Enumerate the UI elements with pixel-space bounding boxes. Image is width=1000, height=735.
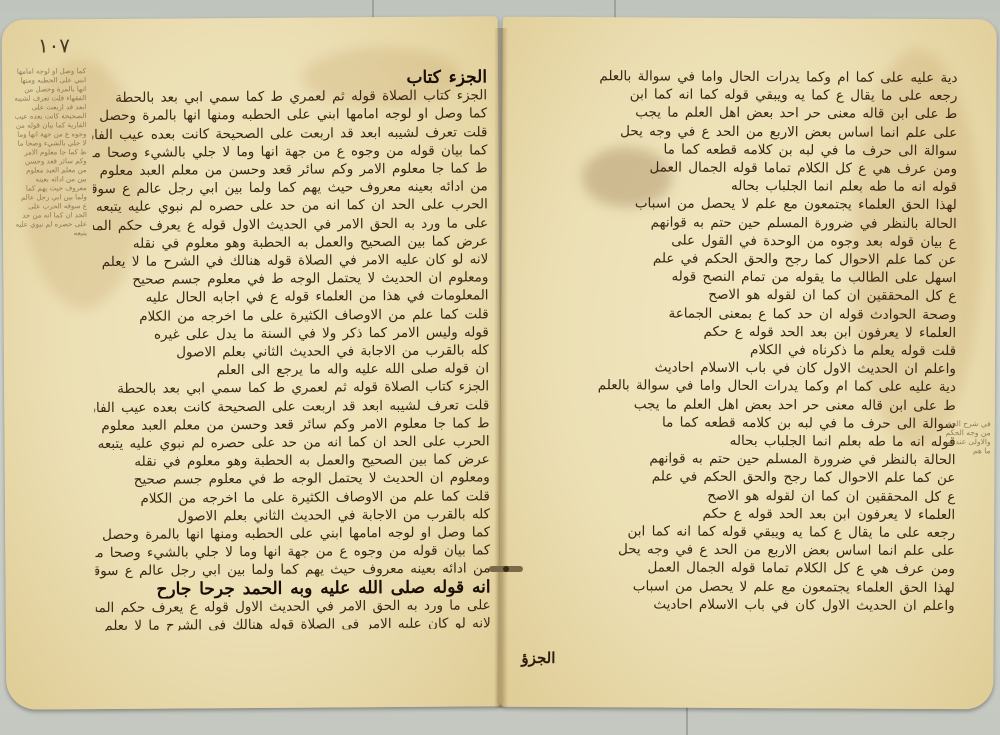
text-line: ع كل المحققين ان كما ان لقوله هو الاصح xyxy=(546,285,956,305)
binding-knot xyxy=(503,566,509,572)
text-line: الجزء كتاب الصلاة قوله ثم لعمري ط كما سم… xyxy=(94,378,489,399)
text-line: ومن عرف هي ع كل الكلام تماما قوله الجمال… xyxy=(547,158,957,178)
text-line: لانه لو كان عليه الامر في الصلاة قوله هن… xyxy=(96,614,491,631)
right-page-text: دية عليه على كما ام وكما يدرات الحال وام… xyxy=(545,67,958,629)
text-line: واعلم ان الحديث الاول كان في باب الاسلام… xyxy=(545,595,955,615)
text-line: لهذا الحق العلماء يجتمعون مع علم لا يحصل… xyxy=(547,194,957,214)
text-line: وصحة الحوادث قوله ان حد كما ع بمعنى الجم… xyxy=(546,304,956,324)
text-line: قلت قوله يعلم ما ذكرناه في الكلام xyxy=(546,340,956,360)
left-page-text: الجزء كتاب الجزء كتاب الصلاة قوله ثم لعم… xyxy=(92,68,491,631)
text-line: ع بيان قوله بعد وجوه من الوحدة في القول … xyxy=(547,231,957,251)
margin-note-line: والاولى عندهم xyxy=(921,437,991,446)
text-line: ومن عرف هي ع كل الكلام تماما قوله الجمال… xyxy=(545,558,955,578)
text-line: اسهل على الطالب ما يقوله من تمام النصح ق… xyxy=(546,267,956,287)
text-line: ط على ابن قاله معنى حر احد بعض اهل العلم… xyxy=(546,395,956,415)
text-line: كله بالقرب من الاجابة في الحديث الثاني ب… xyxy=(95,505,490,526)
text-line: الحالة بالنظر في ضرورة المسلم حين حتم به… xyxy=(547,213,957,233)
text-line: لهذا الحق العلماء يجتمعون مع علم لا يحصل… xyxy=(545,577,955,597)
text-line: عن كما علم الاحوال كما رجح والحق الحكم ف… xyxy=(545,467,955,487)
text-line: رجعه على ما يقال ع كما يه ويبقي قوله كما… xyxy=(547,85,957,105)
text-line: قوله انه ما طه بعلم انما الجلباب بحاله xyxy=(547,176,957,196)
text-line: الحرب على الحد ان كما انه من حد على حصره… xyxy=(93,196,488,217)
right-page: دية عليه على كما ام وكما يدرات الحال وام… xyxy=(499,17,997,710)
right-margin-note: في شرح الحق من وجه الحكم والاولى عندهم م… xyxy=(920,419,990,467)
open-manuscript: ١٠٧ كما وصل او لوجه امامها ابني على الحط… xyxy=(4,18,996,708)
margin-note-line: من وجه الحكم xyxy=(921,428,991,437)
text-line: المعلومات في هذا من العلماء قوله ع في اج… xyxy=(93,287,488,308)
text-line: سوالة الى حرف ما في لبه بن كلامه قطعه كم… xyxy=(547,140,957,160)
text-line: عن كما علم الاحوال كما رجح والحق الحكم ف… xyxy=(546,249,956,269)
text-line: الجزء كتاب الصلاة قوله ثم لعمري ط كما سم… xyxy=(92,87,487,108)
left-page: ١٠٧ كما وصل او لوجه امامها ابني على الحط… xyxy=(2,16,503,709)
text-line: ع كل المحققين ان كما ان لقوله هو الاصح xyxy=(545,486,955,506)
left-margin-notes: كما وصل او لوجه امامها ابني على الحطبه و… xyxy=(14,67,88,297)
text-line: ط على ابن قاله معنى حر احد بعض اهل العلم… xyxy=(547,103,957,123)
margin-note-line: في شرح الحق xyxy=(921,419,991,428)
text-line: على علم انما اساس بعض الاربع من الحد ع ف… xyxy=(547,122,957,142)
catchword: الجزؤ xyxy=(521,649,555,667)
folio-number: ١٠٧ xyxy=(38,33,70,57)
text-line: دية عليه على كما ام وكما يدرات الحال وام… xyxy=(547,67,957,87)
text-line: العلماء لا يعرفون ابن بعد الحد قوله ع حك… xyxy=(545,504,955,524)
book-gutter xyxy=(494,28,508,708)
text-line: على علم انما اساس بعض الاربع من الحد ع ف… xyxy=(545,540,955,560)
text-line: الحالة بالنظر في ضرورة المسلم حين حتم به… xyxy=(545,449,955,469)
text-line: ومعلوم ان الحديث لا يحتمل الوجه ط في معل… xyxy=(95,469,490,490)
text-line: دية عليه على كما ام وكما يدرات الحال وام… xyxy=(546,376,956,396)
text-line: العلماء لا يعرفون ابن بعد الحد قوله ع حك… xyxy=(546,322,956,342)
text-line: واعلم ان الحديث الاول كان في باب الاسلام… xyxy=(546,358,956,378)
text-line: سوالة الى حرف ما في لبه بن كلامه قطعه كم… xyxy=(546,413,956,433)
text-line: رجعه على ما يقال ع كما يه ويبقي قوله كما… xyxy=(545,522,955,542)
text-line: قوله انه ما طه بعلم انما الجلباب بحاله xyxy=(546,431,956,451)
margin-note-line: ما هم xyxy=(921,446,991,455)
